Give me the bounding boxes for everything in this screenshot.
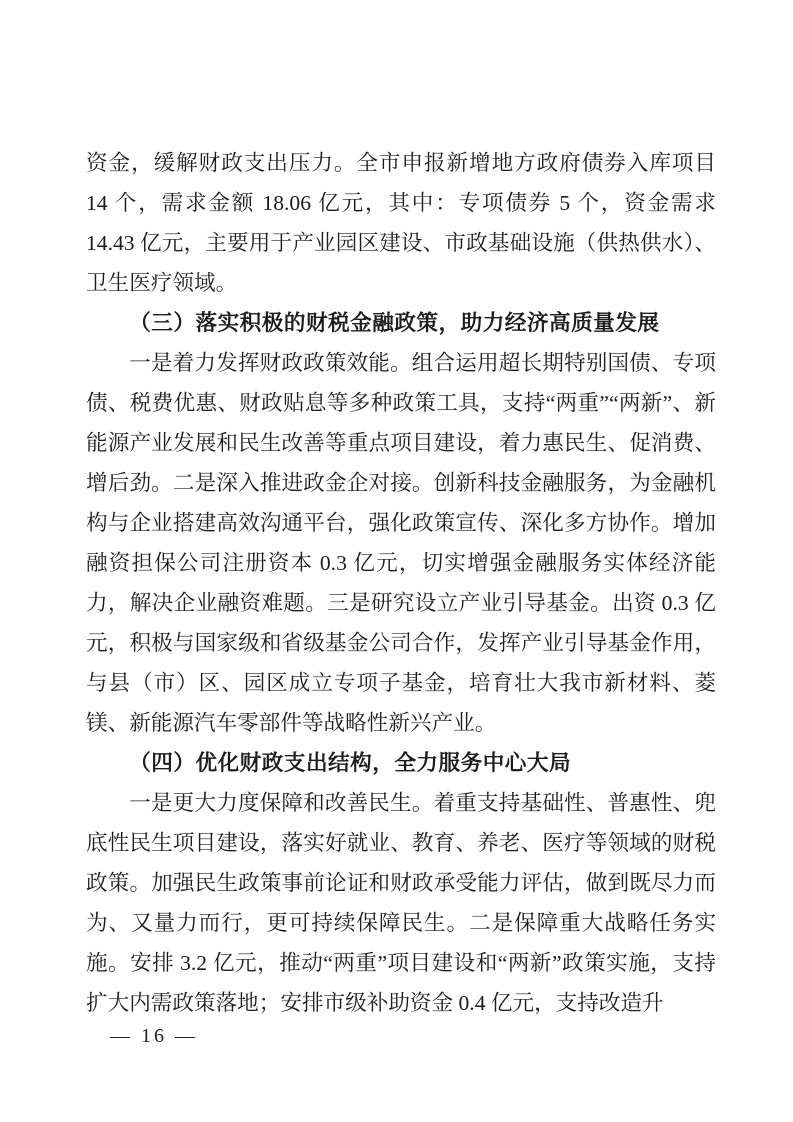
emphasis-lead: 三是研究设立产业引导基金。 (327, 591, 612, 615)
text-run: 资金，缓解财政支出压力。全市申报新增地方政府债券入库项目 14 个，需求金额 1… (86, 151, 716, 295)
page-footer: — 16 — (110, 1022, 198, 1050)
document-page: 资金，缓解财政支出压力。全市申报新增地方政府债券入库项目 14 个，需求金额 1… (0, 0, 793, 1122)
paragraph: 资金，缓解财政支出压力。全市申报新增地方政府债券入库项目 14 个，需求金额 1… (86, 143, 716, 303)
emphasis-lead: 一是着力发挥财政政策效能。 (129, 351, 412, 375)
section-heading: （三）落实积极的财税金融政策，助力经济高质量发展 (86, 303, 716, 343)
document-body: 资金，缓解财政支出压力。全市申报新增地方政府债券入库项目 14 个，需求金额 1… (86, 143, 716, 1023)
paragraph: 一是着力发挥财政政策效能。组合运用超长期特别国债、专项债、税费优惠、财政贴息等多… (86, 343, 716, 743)
paragraph: 一是更大力度保障和改善民生。着重支持基础性、普惠性、兜底性民生项目建设，落实好就… (86, 783, 716, 1023)
emphasis-lead: 二是深入推进政金企对接。 (173, 471, 434, 495)
section-heading: （四）优化财政支出结构，全力服务中心大局 (86, 743, 716, 783)
page-number: — 16 — (110, 1025, 198, 1047)
text-run: 安排 3.2 亿元，推动“两重”项目建设和“两新”政策实施，支持扩大内需政策落地… (86, 951, 716, 1015)
emphasis-lead: 一是更大力度保障和改善民生。 (129, 791, 433, 815)
